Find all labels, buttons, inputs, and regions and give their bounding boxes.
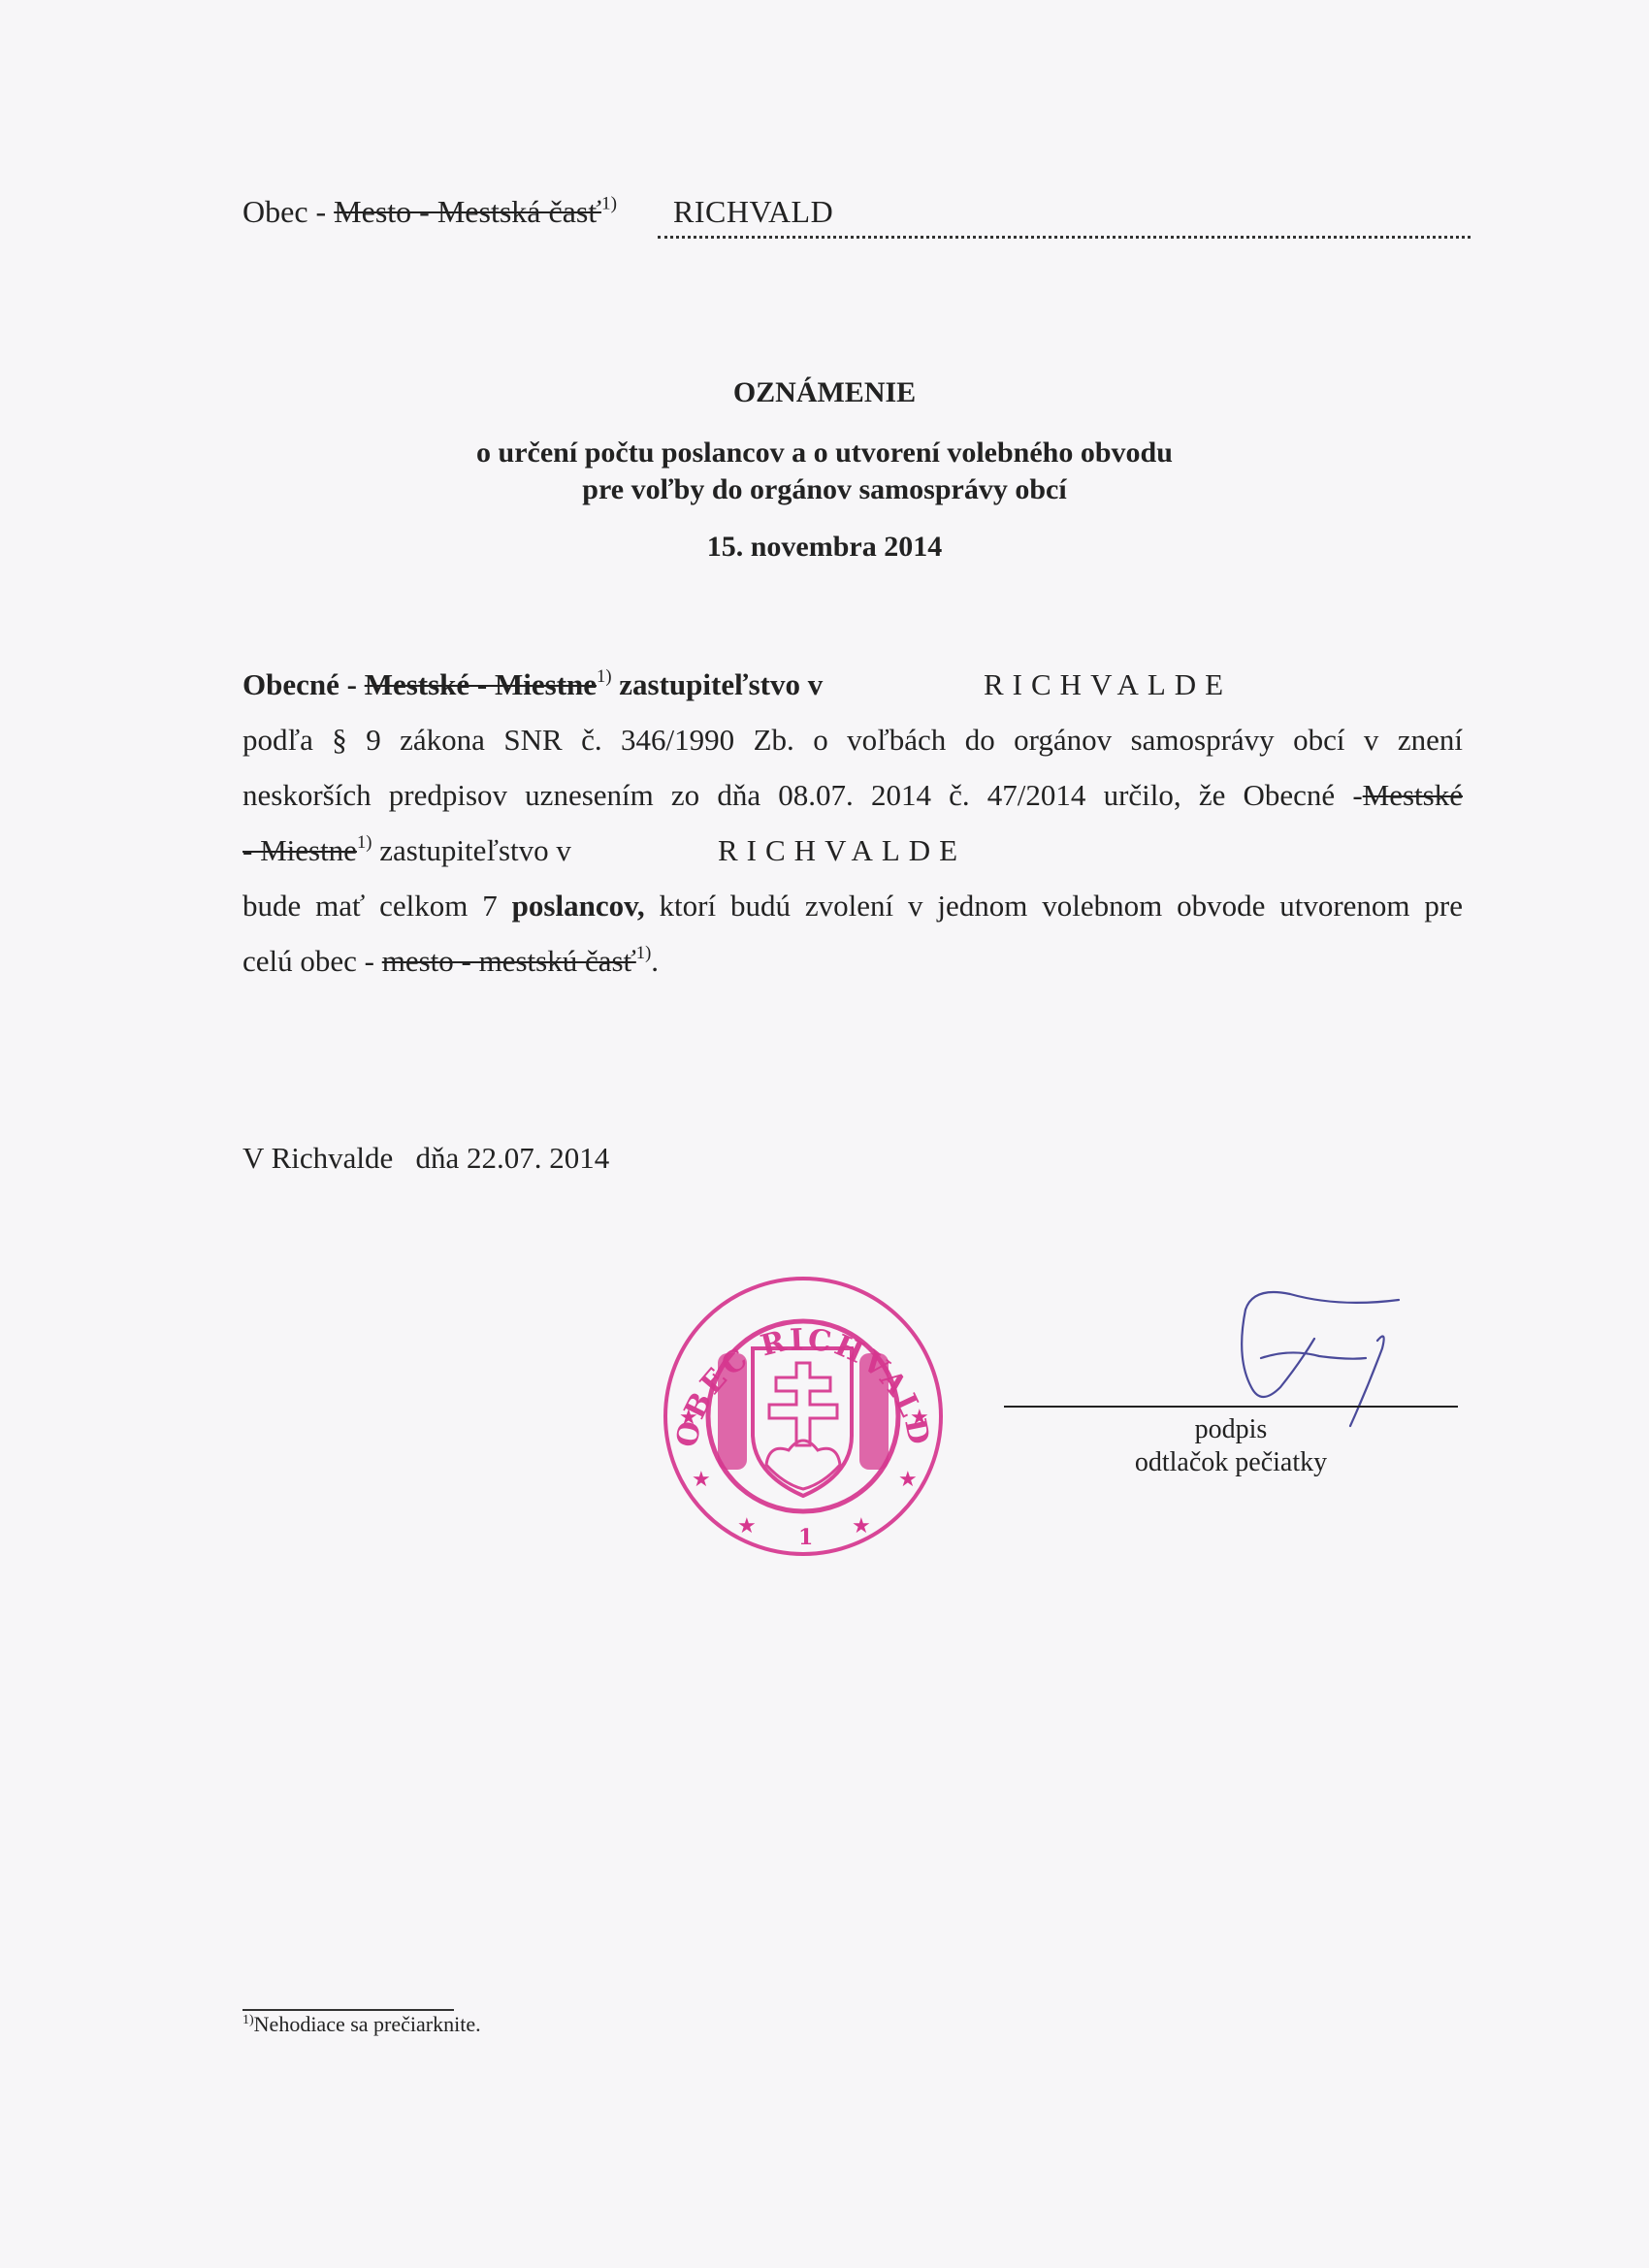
document-subtitle: o určení počtu poslancov a o utvorení vo… (0, 435, 1649, 508)
footnote: 1)Nehodiace sa prečiarknite. (242, 2012, 481, 2037)
period: . (651, 944, 659, 978)
council-type: Obecné - (242, 667, 365, 701)
footnote-ref: 1) (357, 832, 372, 853)
footnote-text: Nehodiace sa prečiarknite. (254, 2012, 481, 2036)
svg-text:★: ★ (852, 1514, 871, 1539)
body-line-1: Obecné - Mestské - Miestne1) zastupiteľs… (242, 657, 1463, 712)
municipality-type-label: Obec - Mesto - Mestská časť1) (242, 194, 617, 230)
body-line-6: celú obec - mesto - mestskú časť1). (242, 933, 1463, 988)
election-date: 15. novembra 2014 (0, 531, 1649, 564)
footnote-ref: 1) (597, 666, 612, 687)
announcement-body: Obecné - Mestské - Miestne1) zastupiteľs… (242, 657, 1463, 988)
dotted-fill-line (658, 236, 1471, 239)
signature-line (1004, 1406, 1458, 1408)
council-label: zastupiteľstvo v (612, 667, 824, 701)
handwritten-signature-icon (1193, 1280, 1406, 1436)
svg-text:★: ★ (692, 1468, 711, 1492)
footnote-ref: 1) (601, 194, 617, 214)
body-line-4: - Miestne1) zastupiteľstvo v RICHVALDE (242, 823, 1463, 878)
document-page: Obec - Mesto - Mestská časť1) RICHVALD O… (0, 0, 1649, 2268)
council-place-2: RICHVALDE (718, 823, 966, 878)
subtitle-line-2: pre voľby do orgánov samosprávy obcí (0, 471, 1649, 508)
council-place: RICHVALDE (984, 657, 1232, 712)
stamp-label: odtlačok pečiatky (1004, 1447, 1458, 1478)
district-scope: celú obec - (242, 944, 382, 978)
struck-council-options: Mestské - Miestne (365, 667, 597, 701)
svg-text:★: ★ (679, 1406, 698, 1430)
signature-label: podpis (1004, 1414, 1458, 1445)
resolution-text: neskorších predpisov uznesením zo dňa 08… (242, 778, 1363, 812)
council-label-2: zastupiteľstvo v (372, 833, 570, 867)
document-title: OZNÁMENIE (0, 376, 1649, 409)
body-line-2: podľa § 9 zákona SNR č. 346/1990 Zb. o v… (242, 712, 1463, 767)
struck-council-option: Mestské (1363, 778, 1463, 812)
municipality-name: RICHVALD (673, 194, 833, 230)
svg-text:★: ★ (737, 1514, 757, 1539)
deputies-bold: poslancov, (512, 889, 645, 923)
footnote-separator (242, 2009, 454, 2011)
svg-text:★: ★ (910, 1406, 929, 1430)
struck-council-option-2: - Miestne (242, 833, 357, 867)
body-line-5: bude mať celkom 7 poslancov, ktorí budú … (242, 878, 1463, 933)
municipality-prefix: Obec - (242, 194, 334, 229)
subtitle-line-1: o určení počtu poslancov a o utvorení vo… (0, 435, 1649, 471)
deputies-text-after: ktorí budú zvolení v jednom volebnom obv… (645, 889, 1463, 923)
svg-text:★: ★ (898, 1468, 918, 1492)
footnote-ref: 1) (636, 943, 652, 963)
place-and-date: V Richvalde dňa 22.07. 2014 (242, 1141, 609, 1176)
deputies-text-before: bude mať celkom 7 (242, 889, 512, 923)
footnote-mark: 1) (242, 2013, 254, 2027)
struck-municipality-options: Mesto - Mestská časť (334, 194, 601, 229)
body-line-3: neskorších predpisov uznesením zo dňa 08… (242, 767, 1463, 823)
svg-text:1: 1 (798, 1525, 813, 1550)
official-stamp-icon: OBEC RICHVALD ★ ★ ★ ★ ★ ★ 1 (658, 1271, 949, 1562)
struck-scope-options: mesto - mestskú časť (382, 944, 636, 978)
